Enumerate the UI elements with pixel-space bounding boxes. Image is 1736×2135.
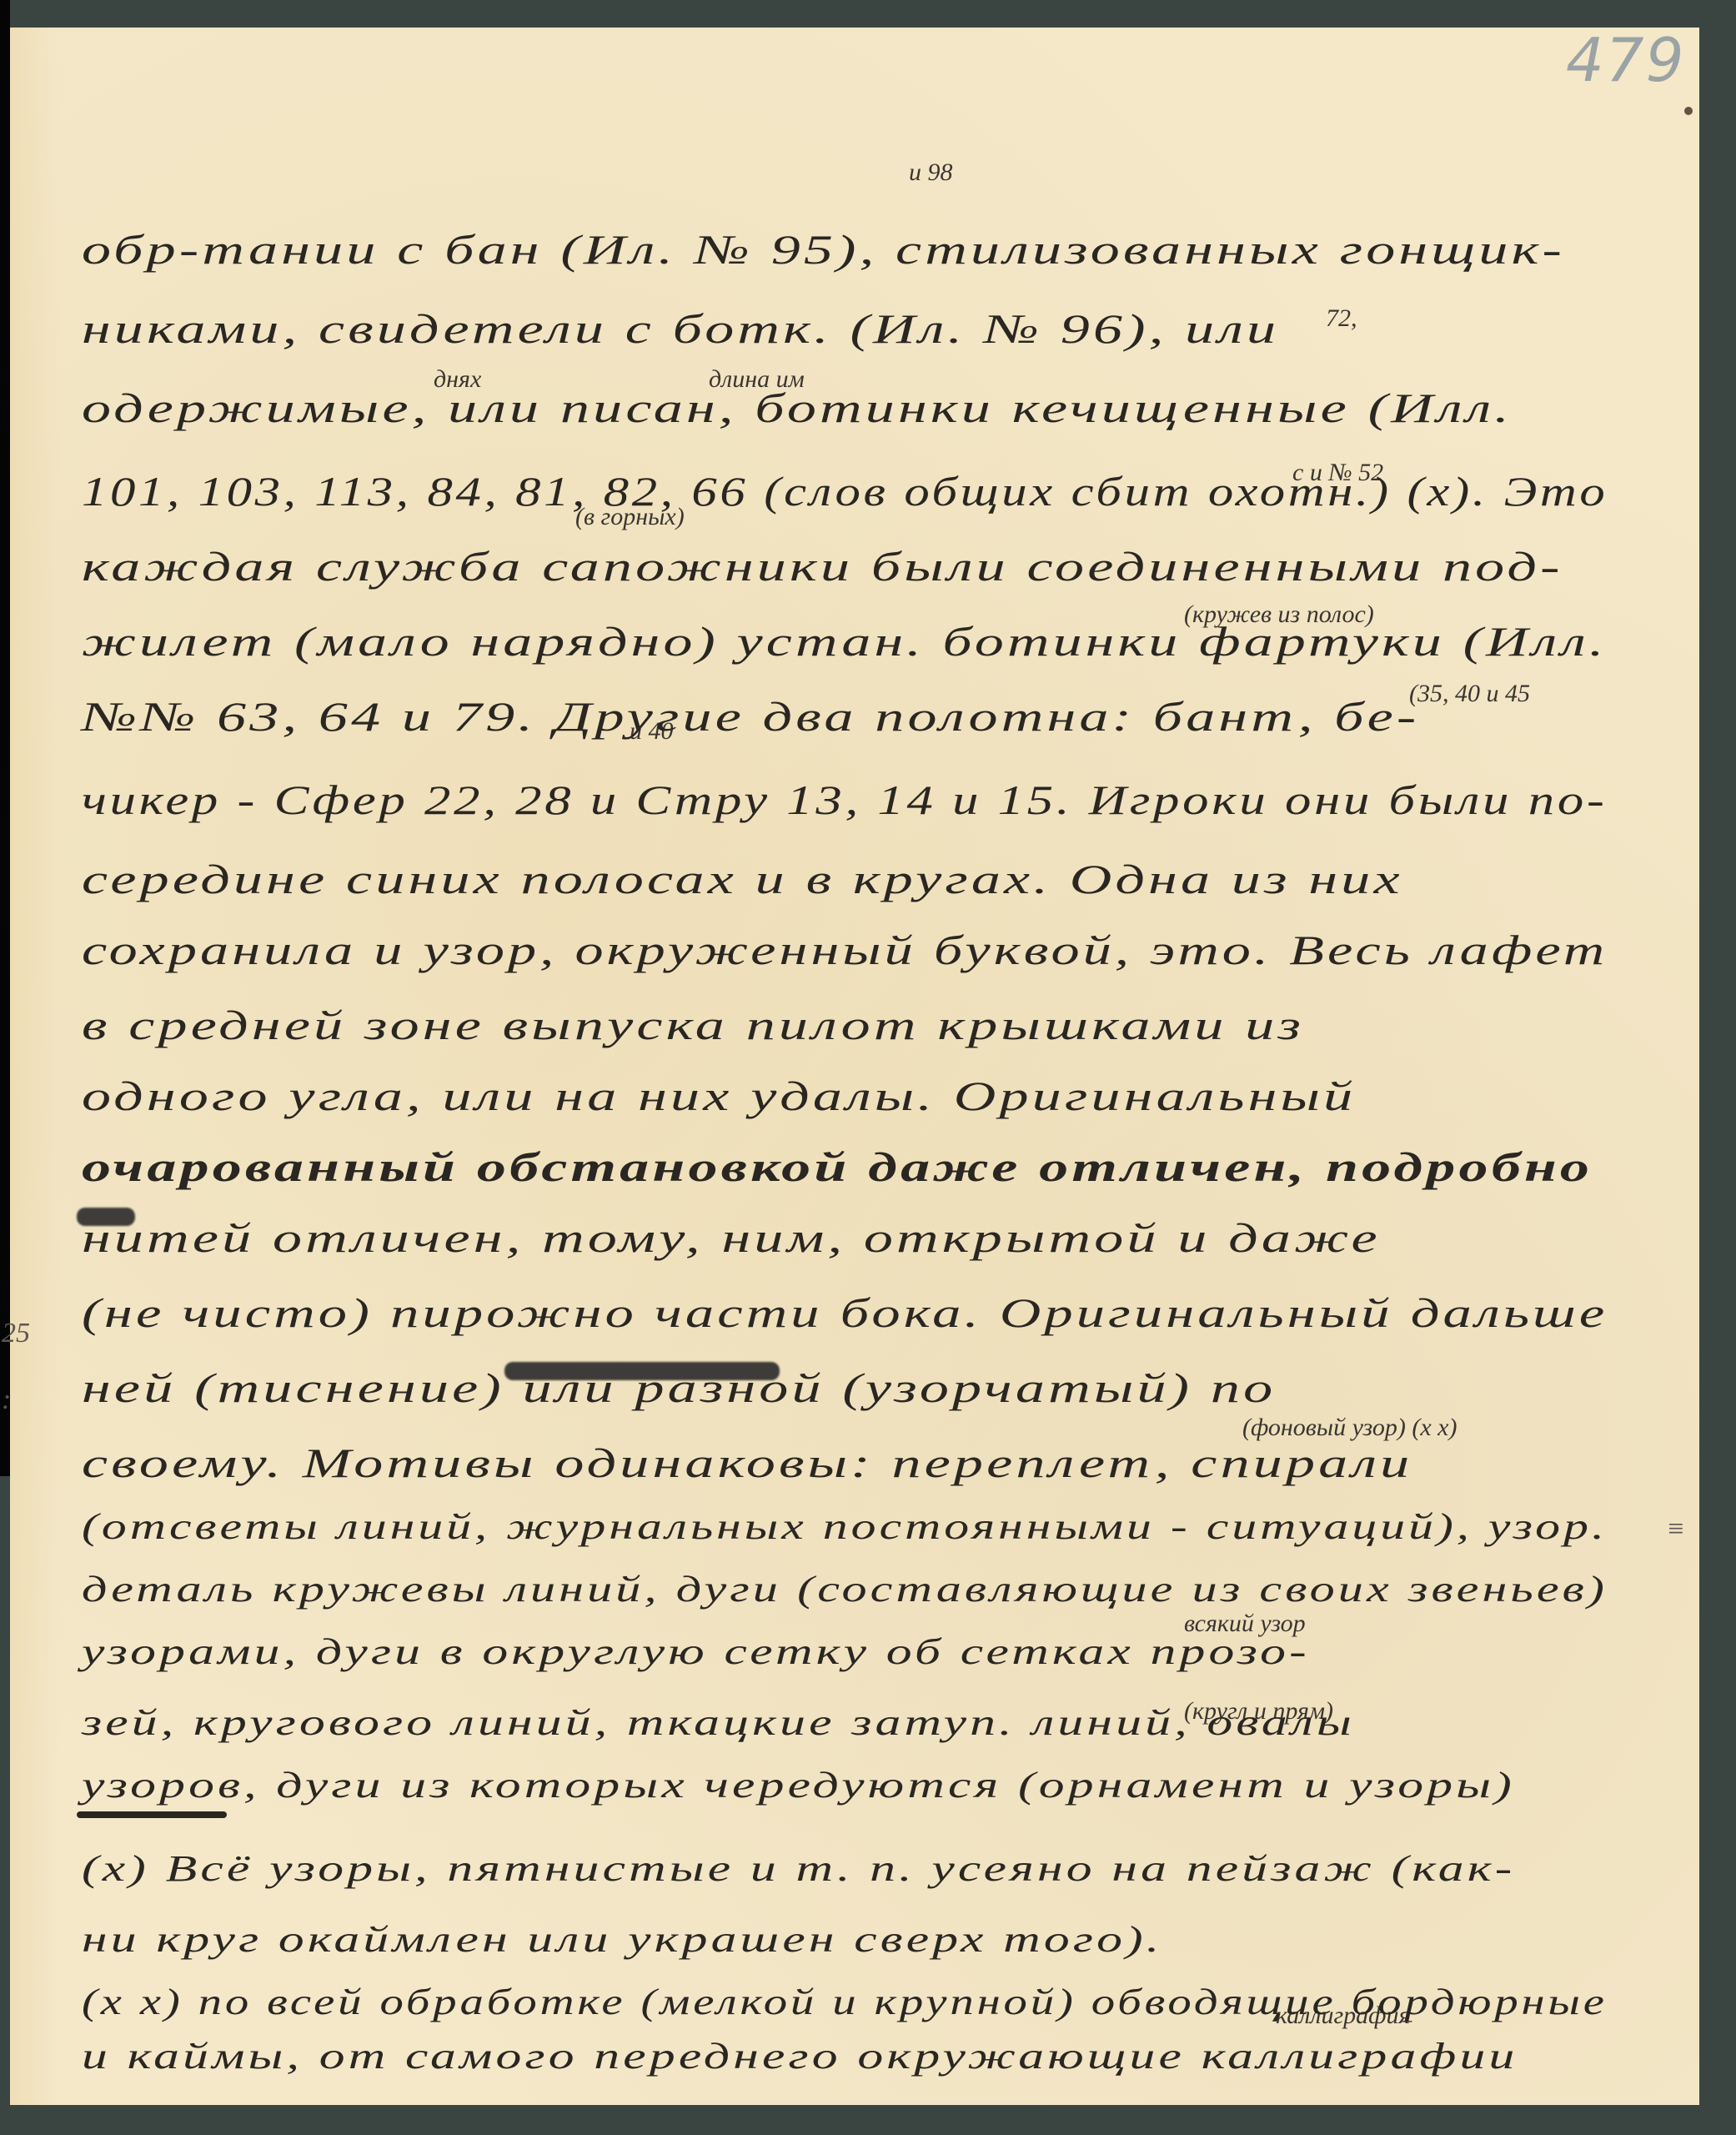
manuscript-line: (не чисто) пирожно части бока. Оригиналь… [82, 1289, 1608, 1337]
manuscript-line: одного угла, или на них удалы. Оригиналь… [82, 1072, 1356, 1120]
footnote-line: и каймы, от самого переднего окружающие … [82, 2035, 1518, 2077]
footnote-line: (х х) по всей обработке (мелкой и крупно… [82, 1981, 1608, 2023]
manuscript-line: никами, свидетели с ботк. (Ил. № 96), ил… [82, 304, 1279, 353]
interlinear-note: и 98 [909, 158, 953, 187]
footnote-line: ни круг окаймлен или украшен сверх того)… [82, 1918, 1162, 1961]
interlinear-note: 72, [1326, 304, 1357, 333]
margin-mark: : [2, 1384, 11, 1416]
manuscript-line: жилет (мало нарядно) устан. ботинки фарт… [82, 617, 1608, 666]
struck-out-word [77, 1208, 135, 1226]
interlinear-note: (35, 40 и 45 [1409, 680, 1530, 708]
manuscript-line: деталь кружевы линий, дуги (составляющие… [82, 1568, 1608, 1610]
manuscript-line: одержимые, или писан, ботинки кечищенные… [82, 384, 1513, 432]
manuscript-line: обр-тании с бан (Ил. № 95), стилизованны… [82, 225, 1565, 274]
manuscript-line: узоров, дуги из которых чередуются (орна… [82, 1764, 1515, 1806]
manuscript-line: (отсветы линий, журнальных постоянными -… [82, 1505, 1608, 1548]
manuscript-line: №№ 63, 64 и 79. Другие два полотна: бант… [82, 692, 1419, 741]
footnote-line: (х) Всё узоры, пятнистые и т. п. усеяно … [82, 1847, 1516, 1890]
manuscript-line: каждая служба сапожники были соединенным… [82, 542, 1563, 590]
manuscript-line: узорами, дуги в округлую сетку об сетках… [82, 1630, 1310, 1673]
folio-number: 479 [1566, 25, 1685, 95]
manuscript-line: сохранила и узор, окруженный буквой, это… [82, 926, 1608, 974]
manuscript-line: своему. Мотивы одинаковы: переплет, спир… [82, 1439, 1412, 1487]
manuscript-line: в средней зоне выпуска пилот крышками из [82, 1001, 1304, 1049]
manuscript-line: очарованный обстановкой даже отличен, по… [82, 1143, 1593, 1191]
manuscript-line: середине синих полосах и в кругах. Одна … [82, 855, 1403, 903]
struck-out-word [504, 1362, 780, 1380]
manuscript-line: нитей отличен, тому, ним, открытой и даж… [82, 1213, 1381, 1262]
scan-edge-strip [0, 0, 10, 1476]
margin-mark: ≡ [1666, 1514, 1685, 1545]
manuscript-line: чикер - Сфер 22, 28 и Стру 13, 14 и 15. … [82, 776, 1608, 824]
margin-mark: 25 [2, 1318, 30, 1349]
manuscript-line: 101, 103, 113, 84, 81, 82, 66 (слов общи… [82, 467, 1608, 515]
footnote-separator [77, 1811, 227, 1818]
manuscript-line: зей, кругового линий, ткацкие затуп. лин… [82, 1701, 1355, 1744]
interlinear-note: (фоновый узор) (х х) [1242, 1414, 1457, 1442]
ink-spot [1684, 107, 1693, 115]
